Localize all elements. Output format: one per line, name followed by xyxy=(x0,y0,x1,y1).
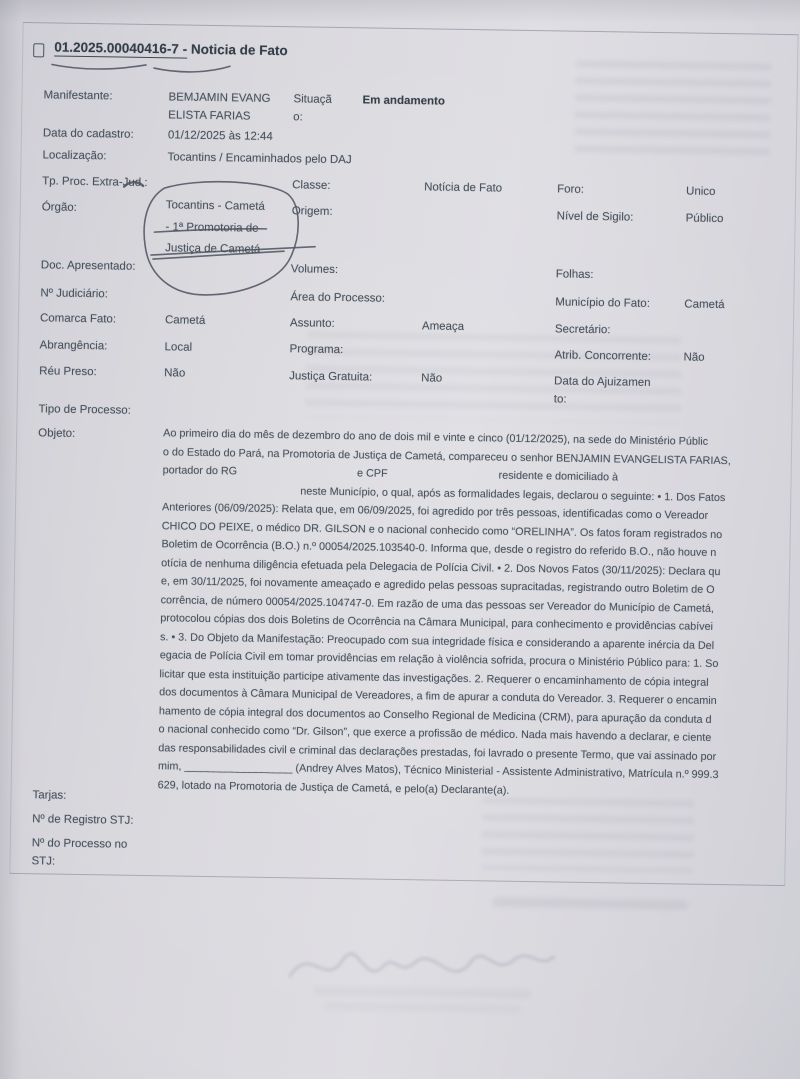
pen-underline-title-1 xyxy=(52,63,146,69)
pen-annotations xyxy=(0,0,800,1079)
photographed-document-sheet: 01.2025.00040416-7 - Noticia de Fato Man… xyxy=(0,0,800,1079)
pen-underline-title-2 xyxy=(154,65,230,72)
pen-underline-orgao-1 xyxy=(154,227,266,234)
pen-scribble xyxy=(124,182,143,187)
pen-circle-orgao xyxy=(143,180,299,296)
